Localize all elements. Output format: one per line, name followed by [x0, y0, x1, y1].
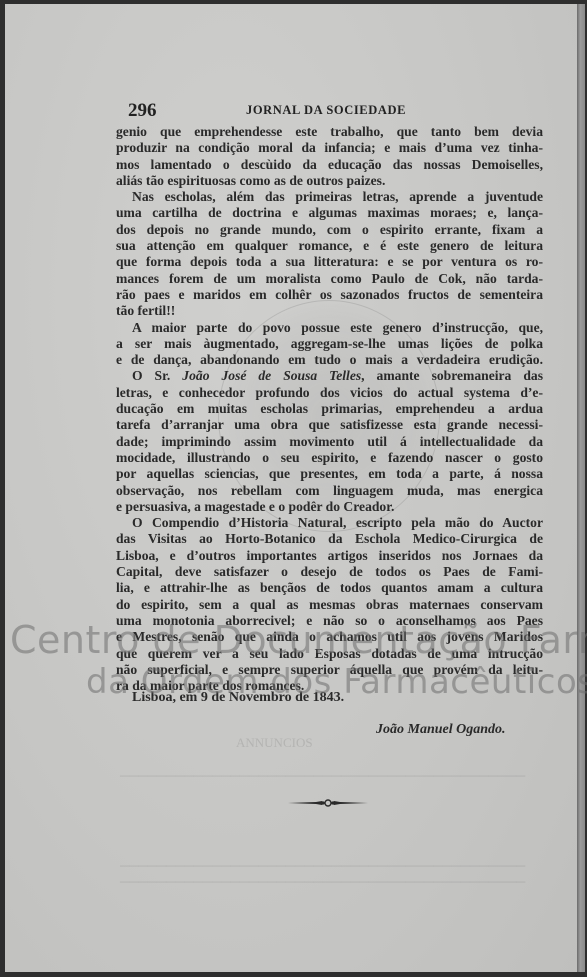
- page-header: 296 JORNAL DA SOCIEDADE: [128, 100, 542, 120]
- text-line: ducação em muitas escholas primarias, em…: [116, 401, 543, 417]
- author-signature: João Manuel Ogando.: [376, 722, 506, 738]
- text-line: dos depois no grande mundo, com o espiri…: [116, 222, 543, 238]
- text-line: mocidade, illustrando o seu espirito, e …: [116, 450, 543, 466]
- text-line: por aquellas sciencias, que presentes, e…: [116, 466, 543, 482]
- text-line: observação, nos rebellam com linguagem m…: [116, 483, 543, 499]
- person-name: João José de Sousa Telles: [182, 368, 361, 383]
- text-line: Lisboa, e d’outros importantes artigos i…: [116, 548, 543, 564]
- text-line: uma cartilha de doctrina e algumas maxim…: [116, 205, 543, 221]
- ornament-divider-icon: [286, 797, 370, 809]
- text-line: letras, e conhecedor profundo dos vicios…: [116, 385, 543, 401]
- page-number: 296: [128, 100, 157, 122]
- text-line: mances forem de um moralista como Paulo …: [116, 271, 543, 287]
- text-line: sua attenção em qualquer romance, e é es…: [116, 238, 543, 254]
- text-line: produzir na condição moral da infancia; …: [116, 140, 543, 156]
- page-edge-strip: [577, 4, 585, 972]
- text-line: mos lamentado o descùido da educação das…: [116, 157, 543, 173]
- bleed-through-text: ────────────────────────────────────────…: [120, 858, 525, 874]
- text-line: O Compendio d’Historia Natural, escripto…: [116, 515, 543, 531]
- text-line: tarefa d’arranjar uma obra que satisfize…: [116, 417, 543, 433]
- text-line: do espirito, sem a qual as mesmas obras …: [116, 597, 543, 613]
- bleed-through-text: ANNUNCIOS: [236, 735, 313, 751]
- text-line: aliás tão espirituosas como as de outros…: [116, 173, 543, 189]
- text-line: e persuasiva, a magestade e o podêr do C…: [116, 499, 543, 515]
- text-line: rão paes e maridos em colhêr os sazonado…: [116, 287, 543, 303]
- text-line: genio que emprehendesse este trabalho, q…: [116, 124, 543, 140]
- watermark-line-2: da Ordem dos Farmacêuticos: [86, 662, 587, 702]
- text-line: A maior parte do povo possue este genero…: [116, 320, 543, 336]
- text-line: Capital, deve satisfazer o desejo de tod…: [116, 564, 543, 580]
- text-line: a ser mais àugmentado, aggregam-se-lhe u…: [116, 336, 543, 352]
- article-body: genio que emprehendesse este trabalho, q…: [116, 124, 543, 694]
- bleed-through-text: ────────────────────────────────────────…: [120, 874, 525, 890]
- text-line: e de dança, abandonando em tudo o mais a…: [116, 352, 543, 368]
- bleed-through-text: ────────────────────────────────────────…: [120, 768, 525, 784]
- watermark-line-1: Centro de Documentação Farmacêutica: [10, 618, 587, 662]
- text-line: lia, e attrahir-lhe as bençãos de todos …: [116, 580, 543, 596]
- text-line: que forma depois toda a sua litteratura:…: [116, 254, 543, 270]
- text-line: dade; imprimindo assim movimento util á …: [116, 434, 543, 450]
- text-line: tão fertil!!: [116, 303, 543, 319]
- text-line: Nas escholas, além das primeiras letras,…: [116, 189, 543, 205]
- running-head: JORNAL DA SOCIEDADE: [246, 103, 406, 118]
- text-line: das Visitas ao Horto-Botanico da Eschola…: [116, 531, 543, 547]
- text-line: O Sr. João José de Sousa Telles, amante …: [116, 368, 543, 384]
